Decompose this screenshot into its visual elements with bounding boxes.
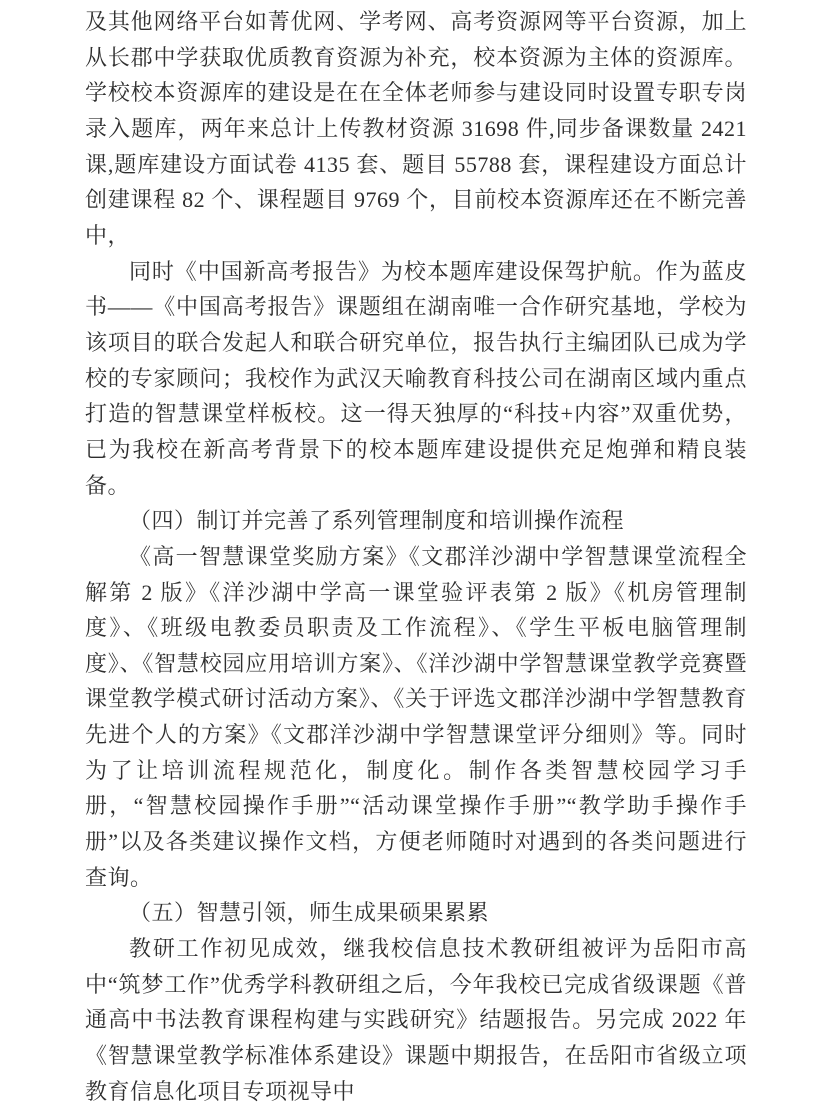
paragraph-research-achievements: 教研工作初见成效，继我校信息技术教研组被评为岳阳市高中“筑梦工作”优秀学科教研组… — [85, 931, 747, 970]
document-page: 及其他网络平台如菁优网、学考网、高考资源网等平台资源，加上从长郡中学获取优质教育… — [0, 0, 826, 970]
document-text-block: 及其他网络平台如菁优网、学考网、高考资源网等平台资源，加上从长郡中学获取优质教育… — [85, 4, 747, 970]
section-heading-4: （四）制订并完善了系列管理制度和培训操作流程 — [85, 503, 747, 539]
paragraph-gaokao-report: 同时《中国新高考报告》为校本题库建设保驾护航。作为蓝皮书——《中国高考报告》课题… — [85, 254, 747, 504]
section-heading-5: （五）智慧引领，师生成果硕果累累 — [85, 895, 747, 931]
paragraph-management-rules: 《高一智慧课堂奖励方案》《文郡洋沙湖中学智慧课堂流程全解第 2 版》《洋沙湖中学… — [85, 539, 747, 896]
paragraph-resource-library: 及其他网络平台如菁优网、学考网、高考资源网等平台资源，加上从长郡中学获取优质教育… — [85, 4, 747, 254]
